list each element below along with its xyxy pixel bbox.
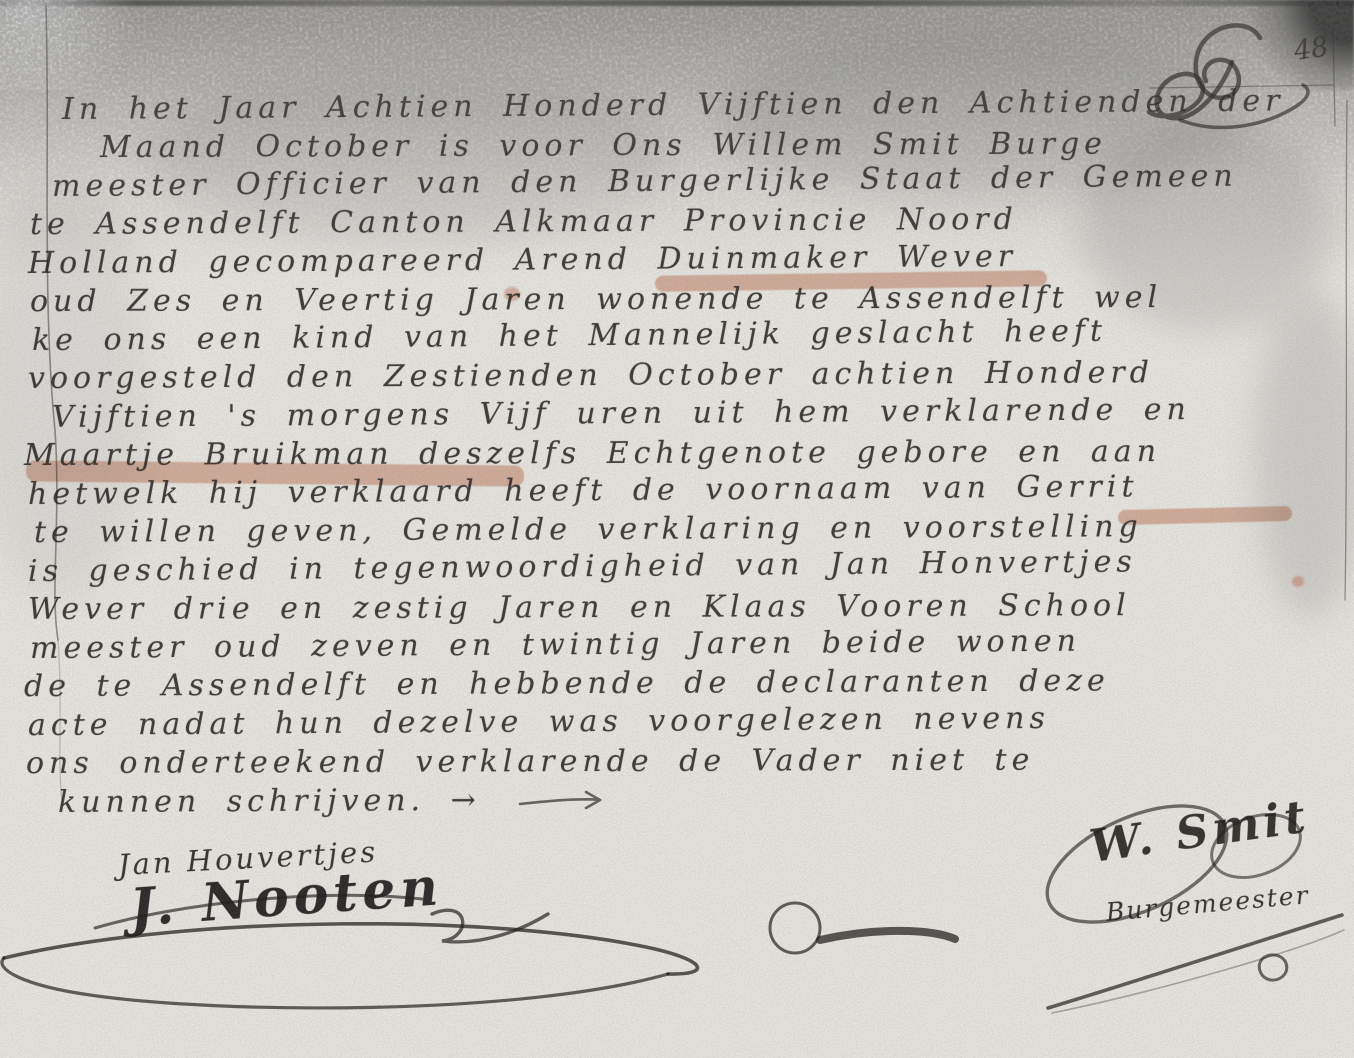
record-line: Wever drie en zestig Jaren en Klaas Voor… bbox=[28, 588, 1131, 627]
toner-smudge bbox=[1255, 290, 1354, 620]
record-line: meester oud zeven en twintig Jaren beide… bbox=[30, 624, 1081, 666]
record-line: acte nadat hun dezelve was voorgelezen n… bbox=[28, 701, 1050, 743]
record-line: Maartje Bruikman deszelfs Echtgenote geb… bbox=[24, 434, 1161, 473]
ink-fleck bbox=[1292, 576, 1304, 587]
record-line: is geschied in tegenwoordigheid van Jan … bbox=[28, 544, 1137, 589]
official-signature: W. Smit bbox=[1086, 790, 1312, 873]
record-line: oud Zes en Veertig Jaren wonende te Asse… bbox=[30, 280, 1162, 319]
record-line: voorgesteld den Zestienden October achti… bbox=[28, 355, 1154, 396]
record-line: te Assendelft Canton Alkmaar Provincie N… bbox=[30, 202, 1018, 242]
record-line: de te Assendelft en hebbende de declaran… bbox=[24, 663, 1110, 704]
scan-edge-line bbox=[0, 0, 1354, 6]
record-line: ke ons een kind van het Mannelijk geslac… bbox=[32, 314, 1107, 358]
record-line: Vijftien 's morgens Vijf uren uit hem ve… bbox=[52, 392, 1191, 435]
record-line: hetwelk hij verklaard heeft de voornaam … bbox=[28, 469, 1139, 512]
scan-corner-flare bbox=[0, 0, 160, 90]
record-line: Maand October is voor Ons Willem Smit Bu… bbox=[100, 126, 1107, 165]
end-arrow-mark bbox=[520, 792, 600, 808]
record-line: Holland gecompareerd Arend Duinmaker Wev… bbox=[28, 239, 1017, 281]
page-number: 48 bbox=[1292, 32, 1331, 68]
record-line: kunnen schrijven. → bbox=[58, 783, 481, 820]
record-line: ons onderteekend verklarende de Vader ni… bbox=[26, 742, 1034, 781]
record-line: te willen geven, Gemelde verklaring en v… bbox=[34, 509, 1143, 550]
official-title-text: Burgemeester bbox=[1105, 880, 1311, 927]
scanned-birth-record: In het Jaar Achtien Honderd Vijftien den… bbox=[0, 0, 1354, 1058]
